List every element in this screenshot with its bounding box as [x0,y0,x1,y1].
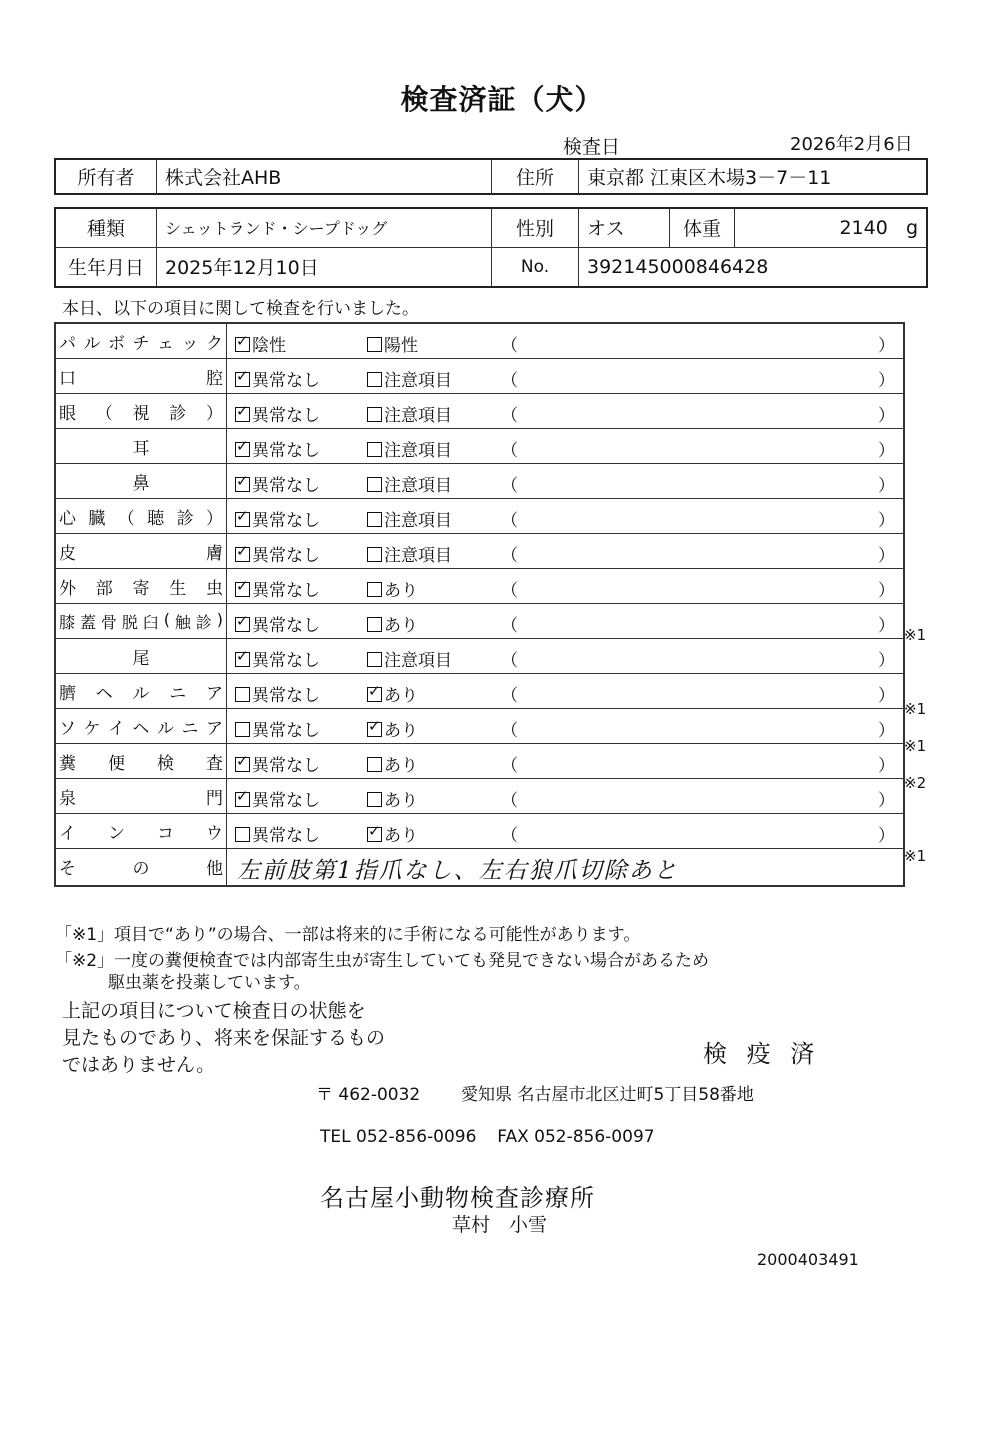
exam-item-label: 耳 [59,434,223,459]
exam-item-label-cell: 耳 [55,429,227,464]
note-marker: ※2 [904,774,926,792]
exam-item-label: 糞便検査 [59,749,223,774]
sex-value: オス [579,208,670,247]
note-marker: ※1 [904,847,926,865]
footnote-2-line2: 駆虫薬を投薬しています。 [108,968,311,993]
option-abnormal[interactable]: あり [367,611,418,636]
open-paren: （ [501,821,518,846]
exam-item-label: 皮膚 [59,539,223,564]
exam-row: 尾異常なし注意項目（） [55,639,904,674]
owner-label: 所有者 [55,159,157,194]
exam-item-label: 鼻 [59,469,223,494]
close-paren: ） [878,646,895,671]
checkbox-icon[interactable] [235,337,250,352]
serial-number: 2000403491 [757,1250,859,1269]
other-label: その他 [59,854,223,879]
checkbox-icon[interactable] [367,477,382,492]
checkbox-icon[interactable] [235,372,250,387]
option-abnormal[interactable]: あり [367,821,418,846]
exam-item-label: 眼（視診） [59,399,223,424]
breed-value: シェットランド・シープドッグ [157,208,492,247]
exam-options-cell: 異常なしあり（） [227,814,905,849]
close-paren: ） [878,716,895,741]
option-normal[interactable]: 異常なし [235,751,320,776]
option-normal[interactable]: 異常なし [235,541,320,566]
open-paren: （ [501,436,518,461]
exam-item-label: 尾 [59,644,223,669]
exam-row: 膝蓋骨脱臼(触診)異常なしあり（） [55,604,904,639]
option-normal[interactable]: 異常なし [235,401,320,426]
exam-row-other: その他 左前肢第1指爪なし、左右狼爪切除あと [55,849,904,886]
exam-row: 眼（視診）異常なし注意項目（） [55,394,904,429]
close-paren: ） [878,436,895,461]
option-abnormal[interactable]: 陽性 [367,331,418,356]
exam-row: 鼻異常なし注意項目（） [55,464,904,499]
open-paren: （ [501,716,518,741]
checkbox-icon[interactable] [235,792,250,807]
checkbox-icon[interactable] [367,722,382,737]
option-abnormal[interactable]: 注意項目 [367,506,452,531]
exam-item-label: ソケイヘルニア [59,714,223,739]
exam-item-label-cell: 尾 [55,639,227,674]
open-paren: （ [501,366,518,391]
open-paren: （ [501,331,518,356]
checkbox-icon[interactable] [235,442,250,457]
checkbox-icon[interactable] [235,617,250,632]
exam-row: インコウ異常なしあり（） [55,814,904,849]
checkbox-icon[interactable] [367,652,382,667]
owner-table: 所有者 株式会社AHB 住所 東京都 江東区木場3－7－11 [54,158,928,195]
close-paren: ） [878,506,895,531]
exam-item-label: 心臓（聴診） [59,504,223,529]
exam-item-label-cell: 口腔 [55,359,227,394]
veterinarian-name: 草村 小雪 [452,1210,547,1237]
option-normal[interactable]: 異常なし [235,576,320,601]
exam-item-label-cell: 泉門 [55,779,227,814]
disclaimer-line2: 見たものであり、将来を保証するもの [62,1025,385,1052]
exam-options-cell: 異常なしあり（） [227,674,905,709]
exam-options-cell: 異常なし注意項目（） [227,359,905,394]
close-paren: ） [878,471,895,496]
address-label: 住所 [492,159,579,194]
exam-row: 泉門異常なしあり（） [55,779,904,814]
exam-row: 心臓（聴診）異常なし注意項目（） [55,499,904,534]
exam-options-cell: 陰性陽性（） [227,323,905,359]
exam-options-cell: 異常なし注意項目（） [227,394,905,429]
close-paren: ） [878,366,895,391]
checkbox-icon[interactable] [235,722,250,737]
checkbox-icon[interactable] [235,757,250,772]
option-abnormal[interactable]: 注意項目 [367,366,452,391]
exam-item-label-cell: ソケイヘルニア [55,709,227,744]
checkbox-icon[interactable] [367,442,382,457]
exam-options-cell: 異常なし注意項目（） [227,464,905,499]
exam-row: 臍ヘルニア異常なしあり（） [55,674,904,709]
exam-row: ソケイヘルニア異常なしあり（） [55,709,904,744]
weight-cell: 2140 g [735,208,928,247]
quarantine-stamp: 検 疫 済 [703,1034,820,1069]
checkbox-icon[interactable] [367,407,382,422]
exam-row: 糞便検査異常なしあり（） [55,744,904,779]
exam-options-cell: 異常なし注意項目（） [227,534,905,569]
exam-date-label: 検査日 [563,132,620,159]
checkbox-icon[interactable] [367,512,382,527]
exam-item-label-cell: 鼻 [55,464,227,499]
checkbox-icon[interactable] [367,582,382,597]
checkbox-icon[interactable] [367,757,382,772]
open-paren: （ [501,506,518,531]
dob-label: 生年月日 [55,247,157,287]
checkbox-icon[interactable] [367,687,382,702]
checkbox-icon[interactable] [235,512,250,527]
breed-label: 種類 [55,208,157,247]
exam-item-label-cell: 外部寄生虫 [55,569,227,604]
exam-row: 皮膚異常なし注意項目（） [55,534,904,569]
checkbox-icon[interactable] [235,407,250,422]
exam-options-cell: 異常なしあり（） [227,709,905,744]
option-abnormal[interactable]: あり [367,786,418,811]
open-paren: （ [501,611,518,636]
close-paren: ） [878,681,895,706]
exam-item-label: 臍ヘルニア [59,679,223,704]
exam-options-cell: 異常なしあり（） [227,569,905,604]
exam-row: 口腔異常なし注意項目（） [55,359,904,394]
open-paren: （ [501,681,518,706]
dob-value: 2025年12月10日 [157,247,492,287]
option-normal[interactable]: 異常なし [235,821,320,846]
exam-row: 耳異常なし注意項目（） [55,429,904,464]
open-paren: （ [501,541,518,566]
option-abnormal[interactable]: あり [367,751,418,776]
exam-item-label-cell: 臍ヘルニア [55,674,227,709]
other-notes-cell: 左前肢第1指爪なし、左右狼爪切除あと [227,849,905,886]
exam-options-cell: 異常なし注意項目（） [227,639,905,674]
checkbox-icon[interactable] [235,477,250,492]
note-marker: ※1 [904,700,926,718]
disclaimer: 上記の項目について検査日の状態を 見たものであり、将来を保証するもの ではありま… [62,998,385,1079]
exam-item-label-cell: パルボチェック [55,323,227,359]
option-abnormal[interactable]: 注意項目 [367,436,452,461]
handwritten-note: 左前肢第1指爪なし、左右狼爪切除あと [237,852,679,885]
checkbox-icon[interactable] [235,582,250,597]
address-value: 東京都 江東区木場3－7－11 [579,159,928,194]
checkbox-icon[interactable] [367,617,382,632]
close-paren: ） [878,786,895,811]
option-abnormal[interactable]: 注意項目 [367,471,452,496]
exam-item-label-cell: 心臓（聴診） [55,499,227,534]
exam-options-cell: 異常なしあり（） [227,744,905,779]
sex-label: 性別 [492,208,579,247]
exam-options-cell: 異常なしあり（） [227,604,905,639]
option-abnormal[interactable]: 注意項目 [367,541,452,566]
clinic-fax: FAX 052-856-0097 [497,1127,654,1147]
option-abnormal[interactable]: 注意項目 [367,646,452,671]
exam-item-label-cell: 膝蓋骨脱臼(触診) [55,604,227,639]
other-label-cell: その他 [55,849,227,886]
close-paren: ） [878,611,895,636]
weight-label: 体重 [670,208,735,247]
exam-options-cell: 異常なしあり（） [227,779,905,814]
exam-item-label: 外部寄生虫 [59,574,223,599]
exam-item-label-cell: 眼（視診） [55,394,227,429]
option-normal[interactable]: 異常なし [235,436,320,461]
exam-options-cell: 異常なし注意項目（） [227,499,905,534]
exam-item-label: 口腔 [59,364,223,389]
close-paren: ） [878,576,895,601]
clinic-tel: TEL 052-856-0096 [320,1127,476,1147]
intro-text: 本日、以下の項目に関して検査を行いました。 [62,294,419,319]
checkbox-icon[interactable] [367,827,382,842]
checkbox-icon[interactable] [367,337,382,352]
option-normal[interactable]: 異常なし [235,786,320,811]
no-value: 392145000846428 [579,247,928,287]
contact-line: TEL 052-856-0096 FAX 052-856-0097 [320,1127,655,1147]
checkbox-icon[interactable] [235,687,250,702]
exam-options-cell: 異常なし注意項目（） [227,429,905,464]
exam-item-label: 膝蓋骨脱臼(触診) [59,610,223,633]
checkbox-icon[interactable] [367,792,382,807]
option-normal[interactable]: 陰性 [235,331,286,356]
weight-unit: g [906,217,918,239]
open-paren: （ [501,401,518,426]
clinic-name: 名古屋小動物検査診療所 [320,1178,595,1213]
option-abnormal[interactable]: あり [367,716,418,741]
option-normal[interactable]: 異常なし [235,611,320,636]
checkbox-icon[interactable] [235,827,250,842]
disclaimer-line3: ではありません。 [62,1052,385,1079]
option-abnormal[interactable]: あり [367,576,418,601]
clinic-address-line: 〒 462-0032 愛知県 名古屋市北区辻町5丁目58番地 [316,1080,754,1105]
pet-table: 種類 シェットランド・シープドッグ 性別 オス 体重 2140 g 生年月日 2… [54,207,928,288]
clinic-address: 愛知県 名古屋市北区辻町5丁目58番地 [461,1085,754,1105]
checkbox-icon[interactable] [367,547,382,562]
exam-item-label: パルボチェック [59,329,223,354]
close-paren: ） [878,331,895,356]
exam-item-label-cell: 糞便検査 [55,744,227,779]
open-paren: （ [501,576,518,601]
open-paren: （ [501,786,518,811]
exam-row: パルボチェック陰性陽性（） [55,323,904,359]
option-normal[interactable]: 異常なし [235,646,320,671]
note-marker: ※1 [904,626,926,644]
close-paren: ） [878,751,895,776]
postal-code: 〒 462-0032 [316,1085,420,1105]
exam-date: 2026年2月6日 [790,130,913,156]
option-normal[interactable]: 異常なし [235,506,320,531]
close-paren: ） [878,401,895,426]
footnote-1: 「※1」項目で“あり”の場合、一部は将来的に手術になる可能性があります。 [55,920,640,945]
document-title: 検査済証（犬） [0,78,1004,118]
close-paren: ） [878,821,895,846]
checkbox-icon[interactable] [367,372,382,387]
option-normal[interactable]: 異常なし [235,471,320,496]
open-paren: （ [501,751,518,776]
checkbox-icon[interactable] [235,547,250,562]
exam-row: 外部寄生虫異常なしあり（） [55,569,904,604]
disclaimer-line1: 上記の項目について検査日の状態を [62,998,385,1025]
open-paren: （ [501,646,518,671]
option-abnormal[interactable]: 注意項目 [367,401,452,426]
option-normal[interactable]: 異常なし [235,681,320,706]
exam-item-label-cell: インコウ [55,814,227,849]
exam-table: パルボチェック陰性陽性（）口腔異常なし注意項目（）眼（視診）異常なし注意項目（）… [54,322,905,887]
owner-value: 株式会社AHB [157,159,492,194]
exam-item-label: 泉門 [59,784,223,809]
option-abnormal[interactable]: あり [367,681,418,706]
exam-item-label-cell: 皮膚 [55,534,227,569]
option-normal[interactable]: 異常なし [235,366,320,391]
note-marker: ※1 [904,737,926,755]
close-paren: ） [878,541,895,566]
weight-value: 2140 [839,217,887,239]
option-normal[interactable]: 異常なし [235,716,320,741]
no-label: No. [492,247,579,287]
open-paren: （ [501,471,518,496]
checkbox-icon[interactable] [235,652,250,667]
exam-item-label: インコウ [59,819,223,844]
